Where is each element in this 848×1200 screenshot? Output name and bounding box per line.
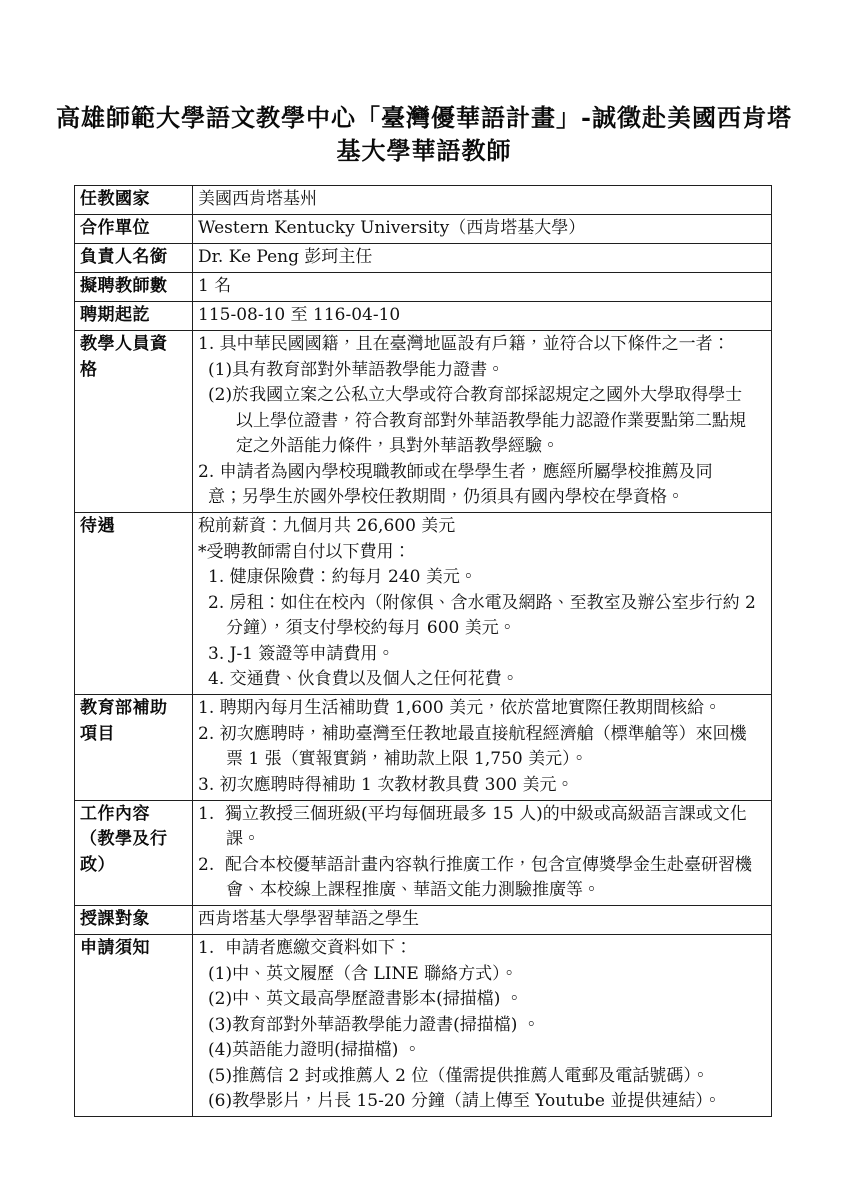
table-row: 聘期起訖115-08-10 至 116-04-10 [75,302,772,331]
document-title-line-1: 高雄師範大學語文教學中心「臺灣優華語計畫」-誠徵赴美國西肯塔 [0,101,848,134]
row-label-line: 負責人名銜 [80,245,188,271]
row-label-line: 聘期起訖 [80,303,188,329]
row-label-line: 申請須知 [80,936,188,962]
row-content: 115-08-10 至 116-04-10 [193,302,772,331]
content-line: 意；另學生於國外學校任教期間，仍須具有國內學校在學資格。 [198,485,767,511]
row-label-line: 擬聘教師數 [80,274,188,300]
row-label-line: 教育部補助 [80,696,188,722]
content-line: 3. J-1 簽證等申請費用。 [198,642,767,668]
content-line: 1. 聘期內每月生活補助費 1,600 美元，依於當地實際任教期間核給。 [198,696,767,722]
content-line: 分鐘），須支付學校約每月 600 美元。 [198,616,767,642]
row-content: 1. 獨立教授三個班級(平均每個班最多 15 人)的中級或高級語言課或文化課。2… [193,800,772,906]
row-label-line: 合作單位 [80,216,188,242]
content-line: 以上學位證書，符合教育部對外華語教學能力認證作業要點第二點規 [198,409,767,435]
row-label: 聘期起訖 [75,302,193,331]
content-line: 2. 配合本校優華語計畫內容執行推廣工作，包含宣傳獎學金生赴臺研習機 [198,853,767,879]
content-line: (1)中、英文履歷（含 LINE 聯絡方式）。 [198,962,767,988]
row-content: 1 名 [193,273,772,302]
content-line: 1. 申請者應繳交資料如下： [198,936,767,962]
table-row: 任教國家美國西肯塔基州 [75,186,772,215]
row-label: 任教國家 [75,186,193,215]
table-row: 申請須知1. 申請者應繳交資料如下：(1)中、英文履歷（含 LINE 聯絡方式）… [75,935,772,1117]
content-line: 115-08-10 至 116-04-10 [198,303,767,329]
content-line: 2. 申請者為國內學校現職教師或在學學生者，應經所屬學校推薦及同 [198,460,767,486]
row-label: 合作單位 [75,215,193,244]
document-page: 高雄師範大學語文教學中心「臺灣優華語計畫」-誠徵赴美國西肯塔 基大學華語教師 任… [0,0,848,1200]
row-content: 1. 聘期內每月生活補助費 1,600 美元，依於當地實際任教期間核給。2. 初… [193,695,772,801]
content-line: (2)中、英文最高學歷證書影本(掃描檔) 。 [198,987,767,1013]
info-table-body: 任教國家美國西肯塔基州合作單位Western Kentucky Universi… [75,186,772,1117]
row-label-line: 教學人員資 [80,332,188,358]
row-label: 工作內容（教學及行政） [75,800,193,906]
row-label-line: 格 [80,358,188,384]
row-label-line: 項目 [80,722,188,748]
table-row: 教育部補助項目1. 聘期內每月生活補助費 1,600 美元，依於當地實際任教期間… [75,695,772,801]
content-line: 1 名 [198,274,767,300]
content-line: Western Kentucky University（西肯塔基大學） [198,216,767,242]
row-label: 擬聘教師數 [75,273,193,302]
row-content: 西肯塔基大學學習華語之學生 [193,906,772,935]
row-content: 1. 具中華民國國籍，且在臺灣地區設有戶籍，並符合以下條件之一者：(1)具有教育… [193,331,772,513]
content-line: 票 1 張（實報實銷，補助款上限 1,750 美元）。 [198,747,767,773]
row-label: 授課對象 [75,906,193,935]
row-label: 待遇 [75,513,193,695]
document-title: 高雄師範大學語文教學中心「臺灣優華語計畫」-誠徵赴美國西肯塔 基大學華語教師 [0,0,848,167]
table-row: 教學人員資格1. 具中華民國國籍，且在臺灣地區設有戶籍，並符合以下條件之一者：(… [75,331,772,513]
table-row: 擬聘教師數1 名 [75,273,772,302]
content-line: (4)英語能力證明(掃描檔) 。 [198,1038,767,1064]
row-label: 負責人名銜 [75,244,193,273]
table-row: 待遇稅前薪資：九個月共 26,600 美元*受聘教師需自付以下費用：1. 健康保… [75,513,772,695]
content-line: 1. 健康保險費：約每月 240 美元。 [198,565,767,591]
content-line: (1)具有教育部對外華語教學能力證書。 [198,358,767,384]
content-line: 3. 初次應聘時得補助 1 次教材教具費 300 美元。 [198,773,767,799]
content-line: (6)教學影片，片長 15-20 分鐘（請上傳至 Youtube 並提供連結）。 [198,1089,767,1115]
row-content: Dr. Ke Peng 彭珂主任 [193,244,772,273]
content-line: 2. 房租：如住在校內（附傢俱、含水電及網路、至教室及辦公室步行約 2 [198,591,767,617]
row-label-line: 任教國家 [80,187,188,213]
table-row: 合作單位Western Kentucky University（西肯塔基大學） [75,215,772,244]
document-title-line-2: 基大學華語教師 [0,134,848,167]
content-line: (3)教育部對外華語教學能力證書(掃描檔) 。 [198,1013,767,1039]
content-line: 美國西肯塔基州 [198,187,767,213]
row-label: 申請須知 [75,935,193,1117]
row-label-line: 授課對象 [80,907,188,933]
row-label-line: 工作內容 [80,802,188,828]
row-content: 美國西肯塔基州 [193,186,772,215]
content-line: 定之外語能力條件，具對外華語教學經驗。 [198,434,767,460]
row-content: Western Kentucky University（西肯塔基大學） [193,215,772,244]
content-line: 會、本校線上課程推廣、華語文能力測驗推廣等。 [198,878,767,904]
row-label-line: （教學及行 [80,827,188,853]
row-label-line: 政） [80,853,188,879]
row-content: 稅前薪資：九個月共 26,600 美元*受聘教師需自付以下費用：1. 健康保險費… [193,513,772,695]
content-line: 1. 具中華民國國籍，且在臺灣地區設有戶籍，並符合以下條件之一者： [198,332,767,358]
row-label: 教育部補助項目 [75,695,193,801]
content-line: 4. 交通費、伙食費以及個人之任何花費。 [198,667,767,693]
row-content: 1. 申請者應繳交資料如下：(1)中、英文履歷（含 LINE 聯絡方式）。(2)… [193,935,772,1117]
content-line: *受聘教師需自付以下費用： [198,540,767,566]
row-label-line: 待遇 [80,514,188,540]
content-line: Dr. Ke Peng 彭珂主任 [198,245,767,271]
info-table: 任教國家美國西肯塔基州合作單位Western Kentucky Universi… [74,185,772,1117]
content-line: 課。 [198,827,767,853]
table-row: 工作內容（教學及行政）1. 獨立教授三個班級(平均每個班最多 15 人)的中級或… [75,800,772,906]
table-row: 負責人名銜Dr. Ke Peng 彭珂主任 [75,244,772,273]
row-label: 教學人員資格 [75,331,193,513]
content-line: (2)於我國立案之公私立大學或符合教育部採認規定之國外大學取得學士 [198,383,767,409]
content-line: 稅前薪資：九個月共 26,600 美元 [198,514,767,540]
content-line: 1. 獨立教授三個班級(平均每個班最多 15 人)的中級或高級語言課或文化 [198,802,767,828]
content-line: (5)推薦信 2 封或推薦人 2 位（僅需提供推薦人電郵及電話號碼）。 [198,1064,767,1090]
content-line: 西肯塔基大學學習華語之學生 [198,907,767,933]
content-line: 2. 初次應聘時，補助臺灣至任教地最直接航程經濟艙（標準艙等）來回機 [198,722,767,748]
table-row: 授課對象西肯塔基大學學習華語之學生 [75,906,772,935]
